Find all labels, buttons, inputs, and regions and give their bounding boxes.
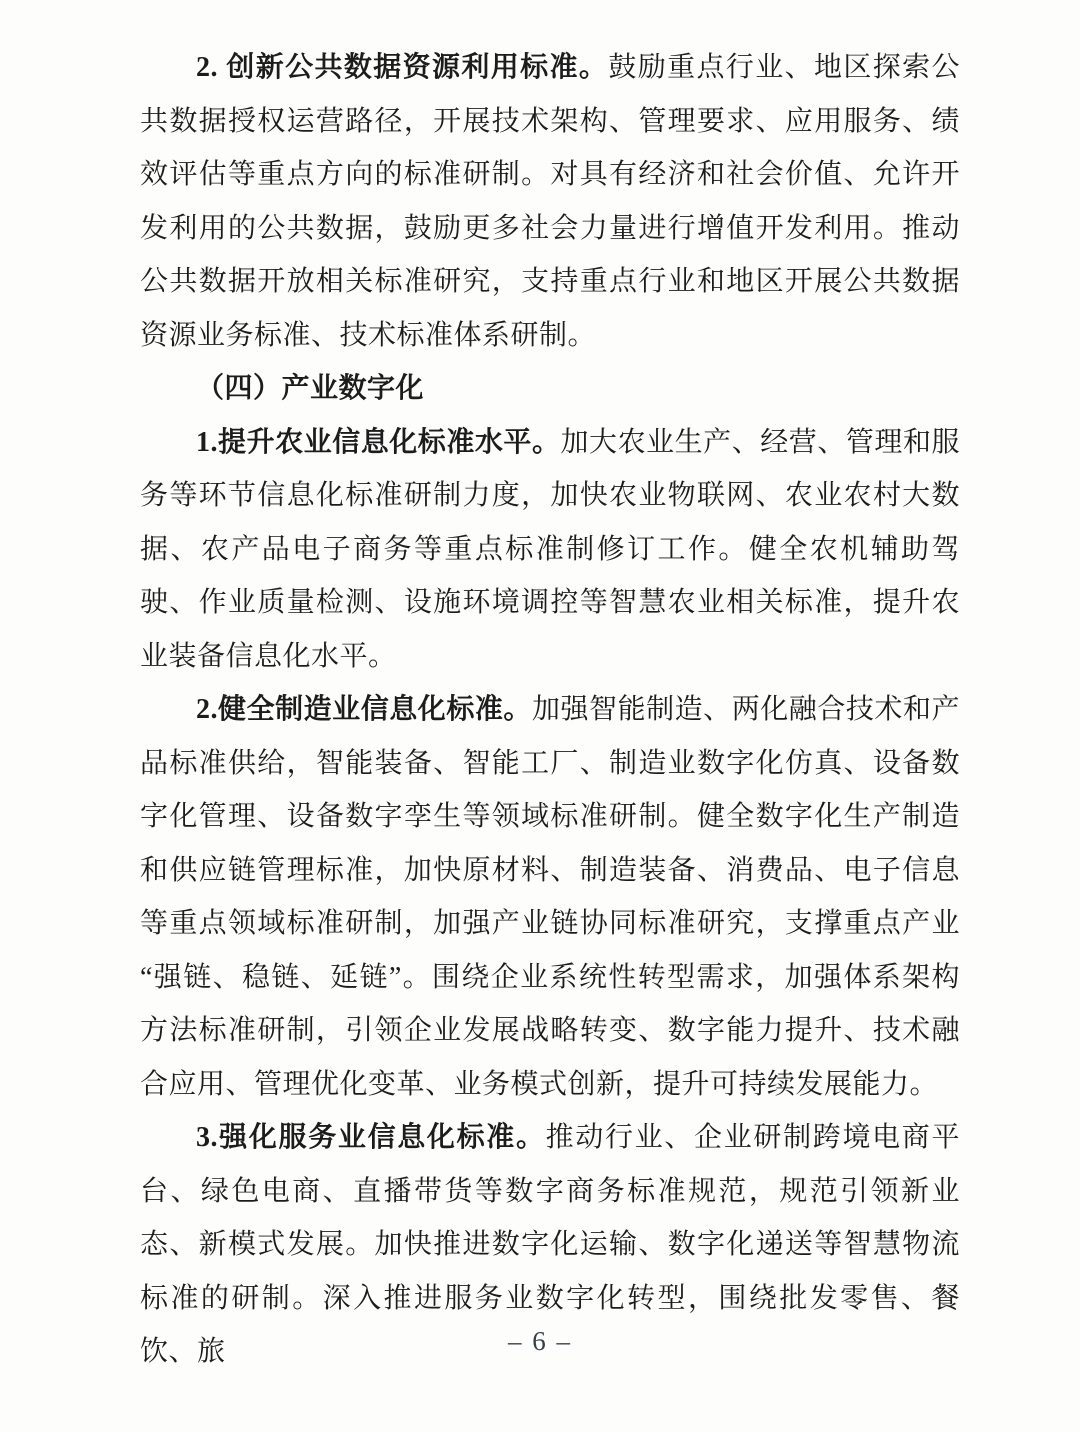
- paragraph-lead: 2.健全制造业信息化标准。: [196, 694, 532, 725]
- paragraph-lead: 1.提升农业信息化标准水平。: [196, 427, 561, 458]
- paragraph-data-utilization: 2. 创新公共数据资源利用标准。鼓励重点行业、地区探索公共数据授权运营路径，开展…: [140, 41, 960, 362]
- paragraph-lead: 2. 创新公共数据资源利用标准。: [196, 52, 608, 83]
- paragraph-text: 鼓励重点行业、地区探索公共数据授权运营路径，开展技术架构、管理要求、应用服务、绩…: [140, 52, 960, 351]
- paragraph-text: 加强智能制造、两化融合技术和产品标准供给，智能装备、智能工厂、制造业数字化仿真、…: [140, 694, 960, 1100]
- page-footer: – 6 –: [0, 1326, 1080, 1357]
- text-column: 2. 创新公共数据资源利用标准。鼓励重点行业、地区探索公共数据授权运营路径，开展…: [140, 41, 960, 1379]
- paragraph-agriculture: 1.提升农业信息化标准水平。加大农业生产、经营、管理和服务等环节信息化标准研制力…: [140, 416, 960, 684]
- document-page: 2. 创新公共数据资源利用标准。鼓励重点行业、地区探索公共数据授权运营路径，开展…: [0, 0, 1080, 1432]
- paragraph-manufacturing: 2.健全制造业信息化标准。加强智能制造、两化融合技术和产品标准供给，智能装备、智…: [140, 683, 960, 1111]
- page-number: – 6 –: [508, 1326, 572, 1356]
- paragraph-text: 加大农业生产、经营、管理和服务等环节信息化标准研制力度，加快农业物联网、农业农村…: [140, 427, 960, 672]
- section-heading-industry-digitalization: （四）产业数字化: [140, 362, 960, 416]
- paragraph-lead: 3.强化服务业信息化标准。: [196, 1122, 546, 1153]
